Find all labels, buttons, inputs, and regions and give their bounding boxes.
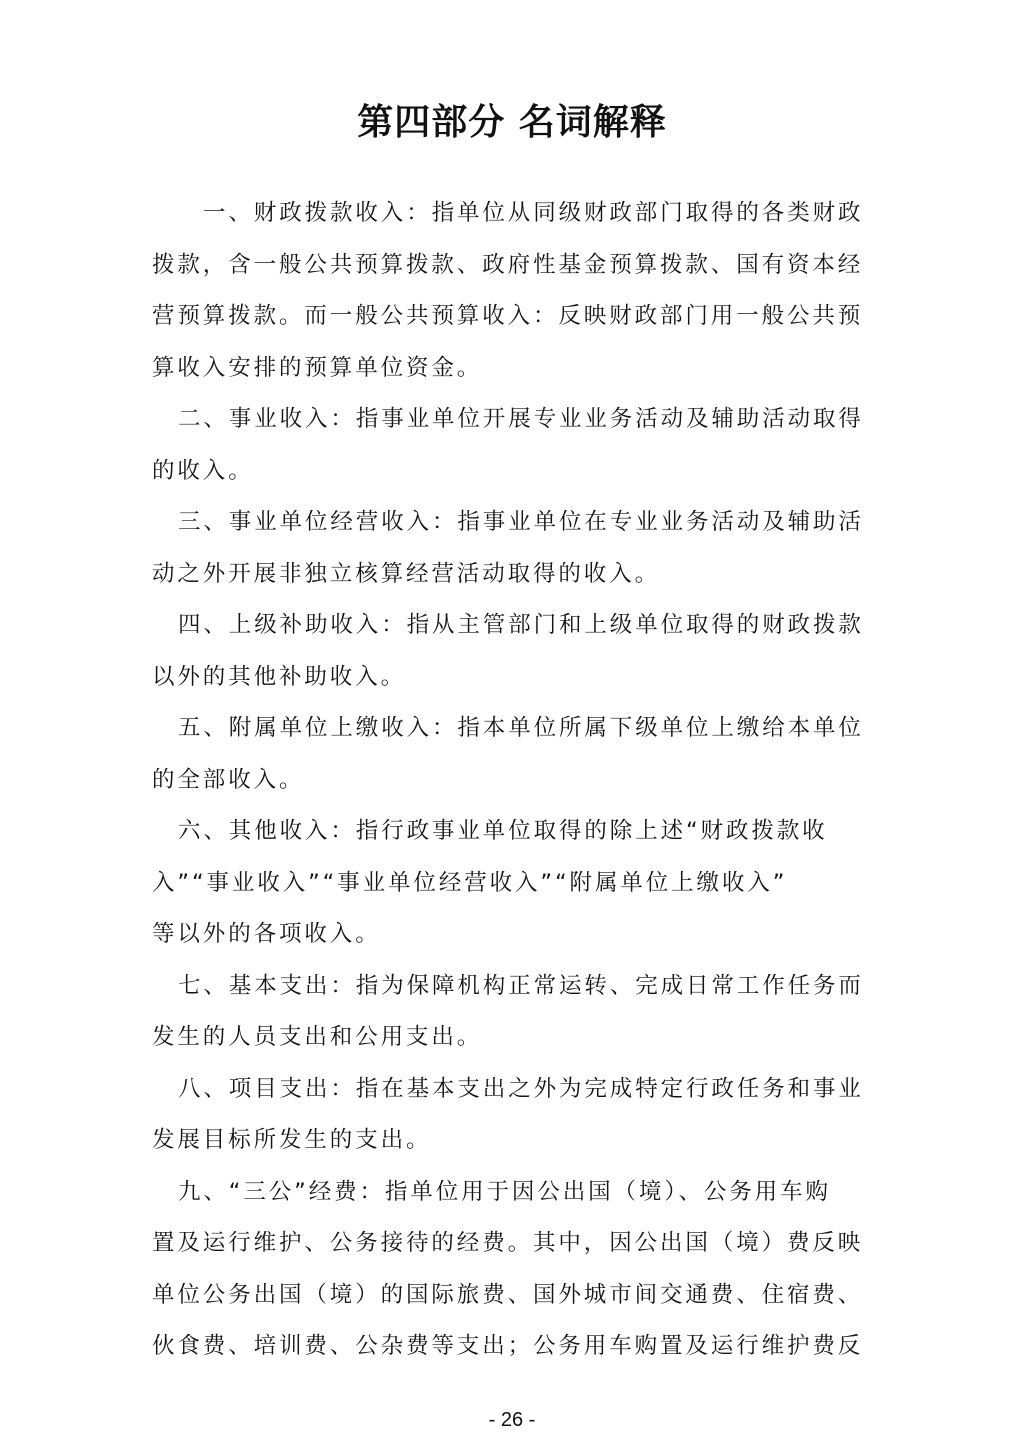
- paragraph-business-income: 二、事业收入：指事业单位开展专业业务活动及辅助活动取得 的收入。: [152, 399, 874, 502]
- text-line: 的全部收入。: [152, 760, 874, 812]
- page-title: 第四部分 名词解释: [0, 100, 1024, 146]
- text-line: 单位公务出国（境）的国际旅费、国外城市间交通费、住宿费、: [152, 1275, 874, 1327]
- text-line: 伙食费、培训费、公杂费等支出；公务用车购置及运行维护费反: [152, 1326, 874, 1378]
- text-line: 拨款，含一般公共预算拨款、政府性基金预算拨款、国有资本经: [152, 245, 874, 297]
- paragraph-other-income: 六、其他收入：指行政事业单位取得的除上述“财政拨款收 入”“事业收入”“事业单位…: [152, 811, 874, 966]
- text-line: 等以外的各项收入。: [152, 914, 874, 966]
- text-line: 以外的其他补助收入。: [152, 657, 874, 709]
- document-body: 一、财政拨款收入：指单位从同级财政部门取得的各类财政 拨款，含一般公共预算拨款、…: [152, 193, 874, 1378]
- page-number: - 26 -: [0, 1408, 1024, 1432]
- text-line: 七、基本支出：指为保障机构正常运转、完成日常工作任务而: [152, 966, 874, 1018]
- text-line: 八、项目支出：指在基本支出之外为完成特定行政任务和事业: [152, 1069, 874, 1121]
- text-line: 一、财政拨款收入：指单位从同级财政部门取得的各类财政: [152, 193, 874, 245]
- paragraph-operating-income: 三、事业单位经营收入：指事业单位在专业业务活动及辅助活 动之外开展非独立核算经营…: [152, 502, 874, 605]
- paragraph-affiliated-unit-income: 五、附属单位上缴收入：指本单位所属下级单位上缴给本单位 的全部收入。: [152, 708, 874, 811]
- text-line: 六、其他收入：指行政事业单位取得的除上述“财政拨款收: [152, 811, 874, 863]
- text-line: 发展目标所发生的支出。: [152, 1120, 874, 1172]
- text-line: 置及运行维护、公务接待的经费。其中，因公出国（境）费反映: [152, 1223, 874, 1275]
- text-line: 动之外开展非独立核算经营活动取得的收入。: [152, 554, 874, 606]
- text-line: 九、“三公”经费：指单位用于因公出国（境）、公务用车购: [152, 1172, 874, 1224]
- text-line: 四、上级补助收入：指从主管部门和上级单位取得的财政拨款: [152, 605, 874, 657]
- text-line: 二、事业收入：指事业单位开展专业业务活动及辅助活动取得: [152, 399, 874, 451]
- paragraph-superior-subsidy-income: 四、上级补助收入：指从主管部门和上级单位取得的财政拨款 以外的其他补助收入。: [152, 605, 874, 708]
- document-page: 第四部分 名词解释 一、财政拨款收入：指单位从同级财政部门取得的各类财政 拨款，…: [0, 0, 1024, 1448]
- paragraph-fiscal-appropriation-income: 一、财政拨款收入：指单位从同级财政部门取得的各类财政 拨款，含一般公共预算拨款、…: [152, 193, 874, 399]
- paragraph-three-public-expenses: 九、“三公”经费：指单位用于因公出国（境）、公务用车购 置及运行维护、公务接待的…: [152, 1172, 874, 1378]
- text-line: 算收入安排的预算单位资金。: [152, 348, 874, 400]
- text-line: 三、事业单位经营收入：指事业单位在专业业务活动及辅助活: [152, 502, 874, 554]
- text-line: 五、附属单位上缴收入：指本单位所属下级单位上缴给本单位: [152, 708, 874, 760]
- paragraph-basic-expenditure: 七、基本支出：指为保障机构正常运转、完成日常工作任务而 发生的人员支出和公用支出…: [152, 966, 874, 1069]
- text-line: 发生的人员支出和公用支出。: [152, 1017, 874, 1069]
- text-line: 入”“事业收入”“事业单位经营收入”“附属单位上缴收入”: [152, 863, 874, 915]
- text-line: 的收入。: [152, 451, 874, 503]
- text-line: 营预算拨款。而一般公共预算收入：反映财政部门用一般公共预: [152, 296, 874, 348]
- paragraph-project-expenditure: 八、项目支出：指在基本支出之外为完成特定行政任务和事业 发展目标所发生的支出。: [152, 1069, 874, 1172]
